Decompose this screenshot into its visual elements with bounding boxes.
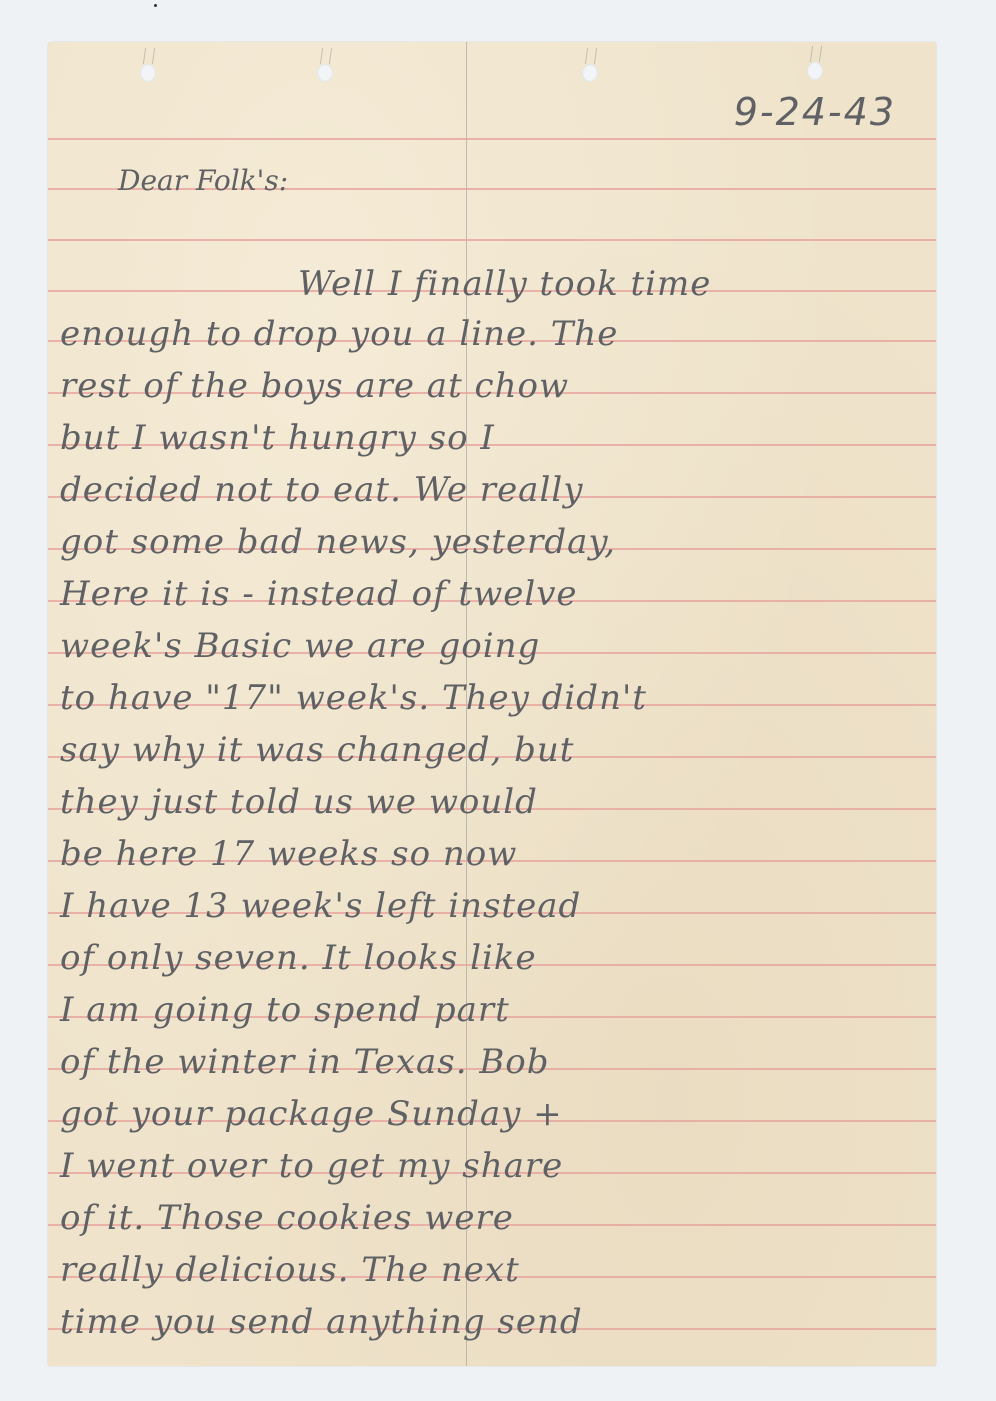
letter-line: of only seven. It looks like bbox=[60, 938, 537, 978]
letter-line: really delicious. The next bbox=[60, 1250, 520, 1290]
letter-line: but I wasn't hungry so I bbox=[60, 418, 495, 458]
letter-line: time you send anything send bbox=[60, 1302, 583, 1342]
letter-line: Here it is - instead of twelve bbox=[60, 574, 578, 614]
letter-line: to have "17" week's. They didn't bbox=[60, 678, 647, 718]
letter-line: I went over to get my share bbox=[60, 1146, 563, 1186]
letter-greeting: Dear Folk's: bbox=[118, 164, 288, 197]
letter-line: they just told us we would bbox=[60, 782, 538, 822]
letter-line: of the winter in Texas. Bob bbox=[60, 1042, 550, 1082]
letter-line: week's Basic we are going bbox=[60, 626, 540, 666]
binder-hole-3 bbox=[582, 64, 598, 82]
letter-line: I am going to spend part bbox=[60, 990, 510, 1030]
binder-hole-2 bbox=[317, 64, 333, 82]
letter-line: enough to drop you a line. The bbox=[60, 314, 618, 354]
letter-line: say why it was changed, but bbox=[60, 730, 574, 770]
letter-line: got some bad news, yesterday, bbox=[60, 522, 616, 562]
letter-page: 9-24-43 Dear Folk's: Well I finally took… bbox=[48, 42, 936, 1366]
binder-hole-1 bbox=[140, 64, 156, 82]
letter-line: I have 13 week's left instead bbox=[60, 886, 581, 926]
letter-line: rest of the boys are at chow bbox=[60, 366, 569, 406]
ruled-line bbox=[48, 239, 936, 241]
scan-speck bbox=[154, 4, 157, 7]
letter-line: be here 17 weeks so now bbox=[60, 834, 517, 874]
binder-hole-4 bbox=[807, 62, 823, 80]
ruled-line bbox=[48, 138, 936, 140]
letter-date: 9-24-43 bbox=[734, 90, 896, 134]
letter-line: decided not to eat. We really bbox=[60, 470, 583, 510]
letter-line: Well I finally took time bbox=[298, 264, 711, 304]
letter-line: got your package Sunday + bbox=[60, 1094, 563, 1134]
letter-line: of it. Those cookies were bbox=[60, 1198, 514, 1238]
